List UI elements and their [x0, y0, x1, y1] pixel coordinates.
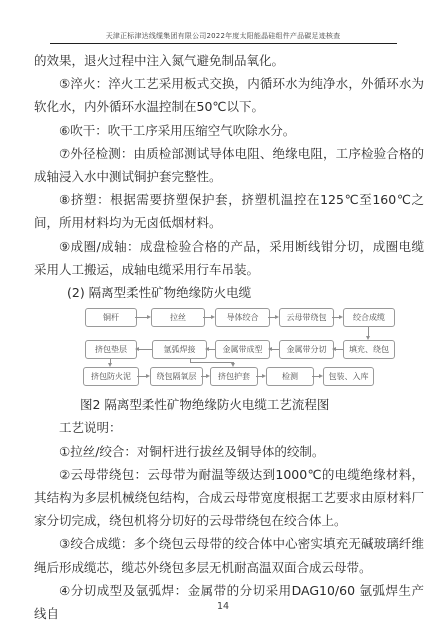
arrow-line — [368, 327, 369, 336]
arrow-line — [312, 376, 319, 377]
arrow-line — [137, 376, 146, 377]
flow-step: 铜杆 — [85, 308, 137, 327]
flow-step: 导体绞合 — [215, 308, 270, 327]
arrow-right-icon — [211, 315, 215, 319]
flow-step: 氩弧焊接 — [152, 340, 207, 359]
arrow-line — [139, 349, 152, 350]
paragraph: ⑧挤塑：根据需要挤塑保护套，挤塑机温控在125℃至160℃之间，所用材料均为无卤… — [34, 188, 424, 234]
section-sub-heading: (2) 隔离型柔性矿物绝缘防火电缆 — [34, 281, 424, 304]
arrow-line — [336, 349, 343, 350]
paragraph: ⑥吹干：吹干工序采用压缩空气吹除水分。 — [34, 119, 424, 142]
arrow-line — [203, 317, 211, 318]
flow-step: 填充、绕包 — [343, 340, 395, 359]
figure-caption: 图2 隔离型柔性矿物绝缘防火电缆工艺流程图 — [34, 393, 424, 416]
arrow-line — [332, 317, 339, 318]
arrow-line — [272, 349, 279, 350]
flow-step: 挤包护套 — [210, 367, 258, 386]
arrow-line — [209, 349, 215, 350]
arrow-line — [268, 317, 275, 318]
flow-step: 拉丝 — [151, 308, 205, 327]
document-page: 天津正标津达线缆集团有限公司2022年度太阳能晶硅组件产品碳足迹核查 的效果，退… — [0, 0, 446, 640]
paragraph: ⑤淬火：淬火工艺采用板式交换，内循环水为纯净水，外循环水为软化水，内外循环水温控… — [34, 72, 424, 118]
flow-step: 绞合成缆 — [343, 308, 395, 327]
paragraph: ⑨成圈/成轴：成盘检验合格的产品，采用断线钳分切，成圈电缆采用人工搬运，成轴电缆… — [34, 235, 424, 281]
flow-step: 检测 — [266, 367, 314, 386]
arrow-right-icon — [275, 315, 279, 319]
arrow-line — [135, 317, 147, 318]
flow-step: 金属带成型 — [215, 340, 270, 359]
arrow-right-icon — [262, 374, 266, 378]
flow-step: 挤包防火泥 — [83, 367, 139, 386]
paragraph: ⑦外径检测：由质检部测试导体电阻、绝缘电阻，工序检验合格的成轴浸入水中测试铜护套… — [34, 142, 424, 188]
page-header-title: 天津正标津达线缆集团有限公司2022年度太阳能晶硅组件产品碳足迹核查 — [0, 31, 446, 41]
page-header: 天津正标津达线缆集团有限公司2022年度太阳能晶硅组件产品碳足迹核查 — [0, 0, 446, 44]
paragraph: ③绞合成缆：多个绕包云母带的绞合体中心密实填充无碱玻璃纤维绳后形成缆芯，缆芯外绕… — [34, 532, 424, 578]
arrow-right-icon — [146, 374, 150, 378]
paragraph: 的效果，退火过程中注入氮气避免制品氧化。 — [34, 49, 424, 72]
flow-step: 金属带分切 — [279, 340, 334, 359]
paragraph: ②云母带绕包：云母带为耐温等级达到1000℃的电缆绝缘材料，其结构为多层机械绕包… — [34, 463, 424, 533]
elbow-line — [190, 362, 234, 363]
paragraph: 工艺说明： — [34, 416, 424, 439]
flow-step: 包装、入库 — [323, 367, 374, 386]
paragraph: ①拉丝/绞合：对铜杆进行拔丝及铜导体的绞制。 — [34, 440, 424, 463]
arrow-right-icon — [339, 315, 343, 319]
arrow-right-icon — [319, 374, 323, 378]
flow-step: 云母带绕包 — [279, 308, 334, 327]
page-content: 的效果，退火过程中注入氮气避免制品氧化。 ⑤淬火：淬火工艺采用板式交换，内循环水… — [0, 44, 446, 625]
arrow-right-icon — [206, 374, 210, 378]
flow-step: 绕包隔氧层 — [150, 367, 203, 386]
process-flowchart: 铜杆 拉丝 导体绞合 云母带绕包 绞合成缆 挤包垫层 氩弧焊接 金属带成型 金属… — [83, 308, 399, 388]
page-number: 14 — [0, 601, 446, 612]
flow-step: 挤包垫层 — [85, 340, 137, 359]
arrow-right-icon — [147, 315, 151, 319]
